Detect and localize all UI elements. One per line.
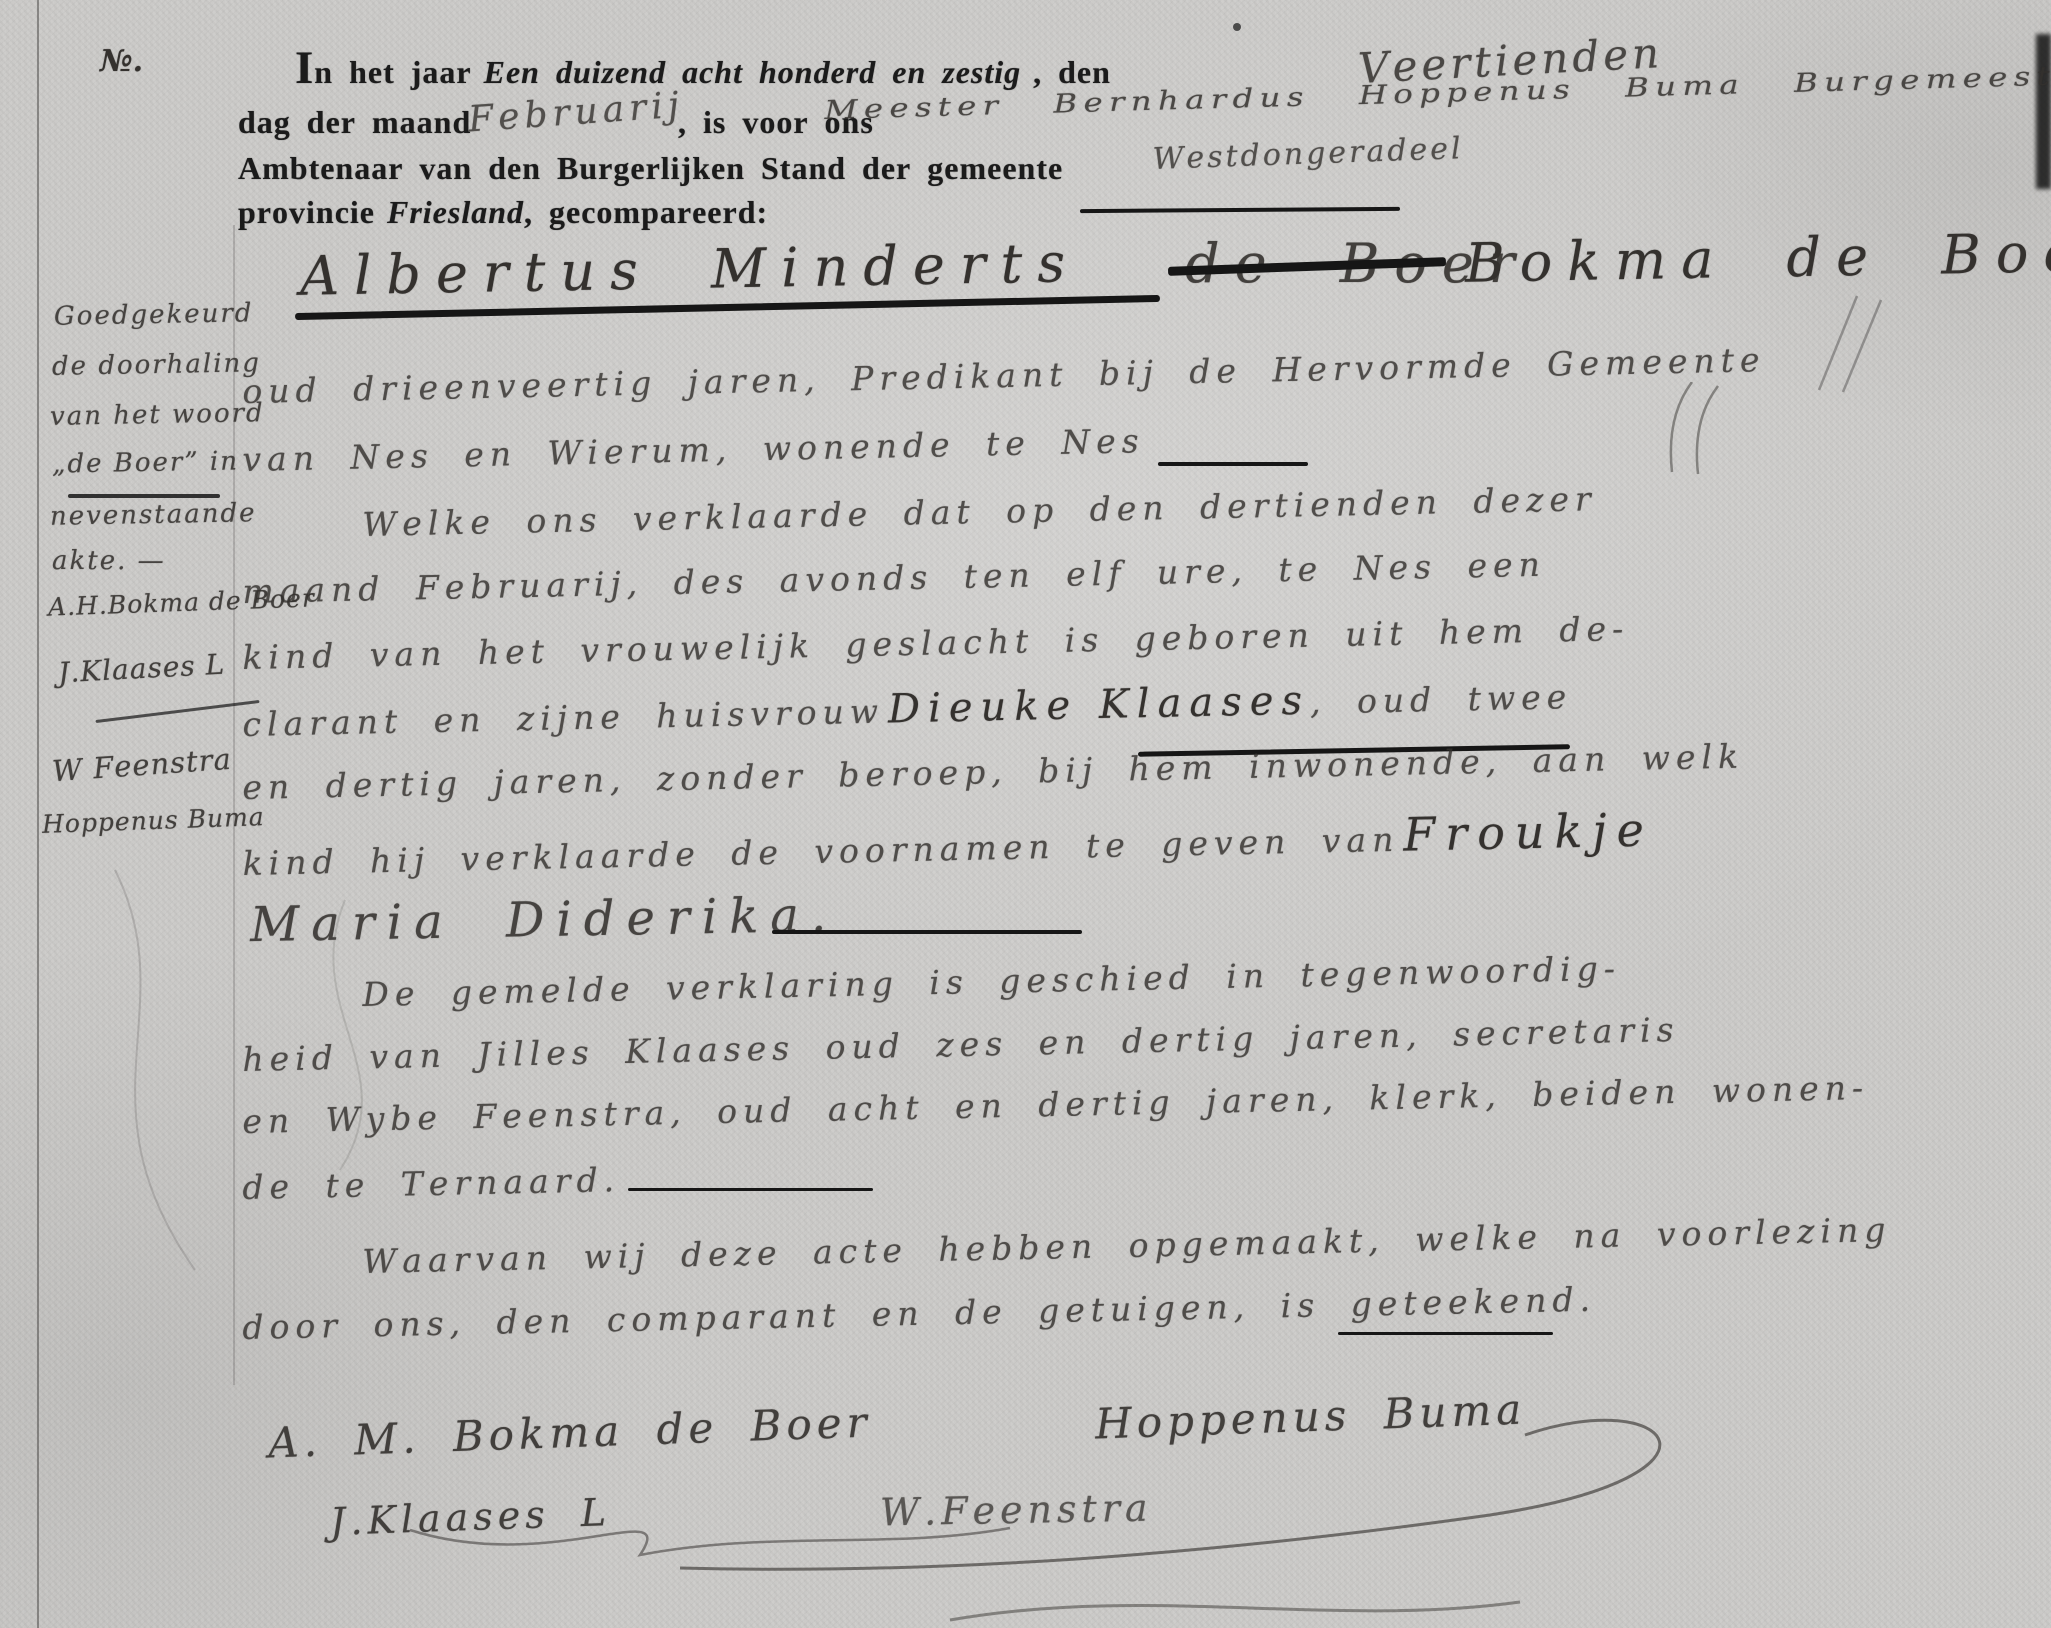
body-line: maand Februarij, des avonds ten elf ure,… bbox=[242, 545, 1546, 611]
handwritten-municipality: Westdongeradeel bbox=[1152, 131, 1464, 177]
body-line: van Nes en Wierum, wonende te Nes bbox=[242, 421, 1145, 479]
body-line-mother: clarant en zijne huisvrouw Dieuke Klaase… bbox=[242, 672, 1573, 746]
mother-line-before: clarant en zijne huisvrouw bbox=[242, 692, 884, 744]
scanned-birth-record: №. In het jaarEen duizend acht honderd e… bbox=[0, 0, 2051, 1628]
margin-note-line: akte. — bbox=[52, 546, 166, 576]
margin-signature: J.Klaases L bbox=[57, 648, 226, 690]
printed-den: , den bbox=[1033, 54, 1111, 90]
printed-in-het-jaar: In het jaar bbox=[295, 54, 472, 90]
ink-dot bbox=[1233, 23, 1241, 31]
signature-flourish bbox=[250, 1380, 1810, 1628]
header-line-1: In het jaarEen duizend acht honderd en z… bbox=[295, 52, 1111, 91]
margin-underline bbox=[68, 494, 220, 498]
filler-dash bbox=[628, 1188, 873, 1191]
printed-dag-der-maand: dag der maand bbox=[238, 104, 471, 141]
margin-note-line: Goedgekeurd bbox=[54, 298, 254, 331]
margin-note-line: nevenstaande bbox=[50, 498, 257, 532]
handwritten-month: Februarij bbox=[467, 85, 685, 141]
margin-note-line: de doorhaling bbox=[52, 348, 261, 382]
margin-note-line: „de Boer” in bbox=[52, 446, 239, 479]
scan-edge-artifact bbox=[2036, 34, 2051, 189]
filler-dash bbox=[772, 930, 1082, 934]
filler-dash bbox=[1080, 207, 1400, 213]
body-line: oud drieenveertig jaren, Predikant bij d… bbox=[242, 340, 1766, 411]
margin-signature: Hoppenus Buma bbox=[42, 802, 266, 839]
printed-gecompareerd: , gecompareerd: bbox=[524, 194, 768, 230]
margin-rule-left bbox=[37, 0, 39, 1628]
ink-stray-mark bbox=[1660, 382, 1730, 477]
corrected-surname: Bokma de Boer bbox=[1465, 220, 2051, 295]
margin-signature: W Feenstra bbox=[51, 742, 233, 788]
pencil-stray-marks bbox=[45, 840, 565, 1310]
printed-provincie: provincie bbox=[238, 194, 375, 230]
body-line: kind van het vrouwelijk geslacht is gebo… bbox=[242, 609, 1630, 677]
mother-line-after: , oud twee bbox=[1310, 677, 1573, 721]
mother-name-script: Dieuke Klaases bbox=[888, 678, 1311, 733]
printed-year-words: Een duizend acht honderd en zestig bbox=[484, 54, 1022, 90]
comparant-name-script: Albertus Minderts bbox=[300, 231, 1081, 308]
filler-dash bbox=[1338, 1332, 1553, 1335]
margin-note-line: van het woord bbox=[50, 398, 265, 432]
pencil-check-mark bbox=[1815, 292, 1885, 397]
child-name-first: Froukje bbox=[1403, 802, 1655, 861]
body-line: Waarvan wij deze acte hebben opgemaakt, … bbox=[362, 1210, 1892, 1281]
header-line-4: provincieFriesland, gecompareerd: bbox=[238, 194, 768, 231]
body-line: Welke ons verklaarde dat op den dertiend… bbox=[362, 479, 1597, 544]
body-line: en dertig jaren, zonder beroep, bij hem … bbox=[242, 737, 1744, 807]
record-number-label: №. bbox=[100, 44, 143, 79]
filler-dash bbox=[1158, 462, 1308, 466]
printed-ambtenaar-line: Ambtenaar van den Burgerlijken Stand der… bbox=[238, 150, 1063, 187]
printed-friesland: Friesland bbox=[387, 194, 524, 230]
